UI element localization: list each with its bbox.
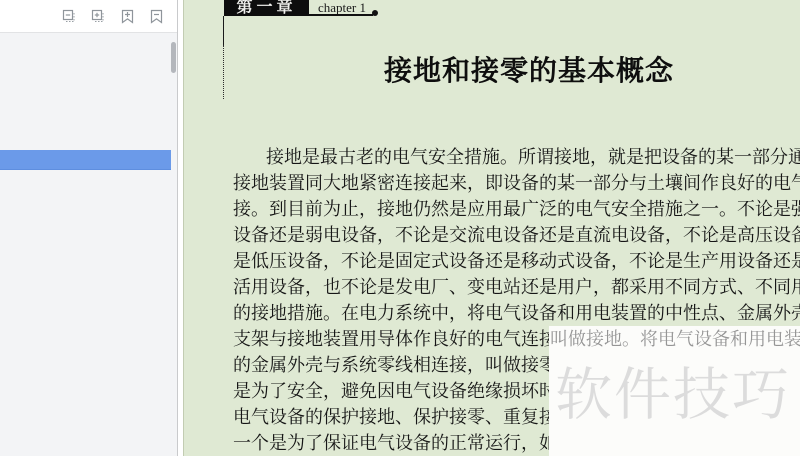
watermark-overlay: 叫做接地。将电气设备和用电装 软件技巧 [549,326,800,456]
chapter-vertical-line [223,16,224,45]
sidebar-scrollbar-thumb[interactable] [171,42,176,73]
chapter-number-label: 第一章 [224,0,309,16]
collapse-node-glyph [62,9,77,24]
add-bookmark-icon[interactable] [119,8,135,24]
remove-bookmark-icon[interactable] [148,8,164,24]
chapter-english-label: chapter 1 [318,0,366,15]
body-line: 设备还是弱电设备，不论是交流电设备还是直流电设备，不论是高压设备 [233,222,800,248]
chapter-vertical-line-dotted [223,45,224,99]
bookmarks-panel [0,34,171,456]
add-bookmark-glyph [120,9,135,24]
expand-node-icon[interactable] [90,8,106,24]
body-line: 的接地措施。在电力系统中，将电气设备和用电装置的中性点、金属外壳 [233,300,800,326]
sidebar-toolbar [0,0,177,33]
watermark-underlying-text: 叫做接地。将电气设备和用电装 [550,327,800,352]
body-line: 是低压设备，不论是固定式设备还是移动式设备，不论是生产用设备还是 [233,248,800,274]
bookmarks-sidebar [0,0,178,456]
chapter-underline [309,14,373,16]
body-line: 活用设备，也不论是发电厂、变电站还是用户，都采用不同方式、不同用 [233,274,800,300]
remove-bookmark-glyph [149,9,164,24]
selected-bookmark-row[interactable] [0,150,171,170]
body-line: 接地是最古老的电气安全措施。所谓接地，就是把设备的某一部分通 [233,144,800,170]
watermark-text: 软件技巧 [555,365,791,425]
document-page: 第一章 chapter 1 接地和接零的基本概念 接地是最古老的电气安全措施。所… [183,0,800,456]
body-line: 接。到目前为止，接地仍然是应用最广泛的电气安全措施之一。不论是强 [233,196,800,222]
body-line: 接地装置同大地紧密连接起来，即设备的某一部分与土壤间作良好的电气 [233,170,800,196]
chapter-number-box: 第一章 [224,0,309,16]
page-title: 接地和接零的基本概念 [384,49,674,89]
expand-node-glyph [91,9,106,24]
collapse-node-icon[interactable] [61,8,77,24]
chapter-end-dot [372,10,378,16]
